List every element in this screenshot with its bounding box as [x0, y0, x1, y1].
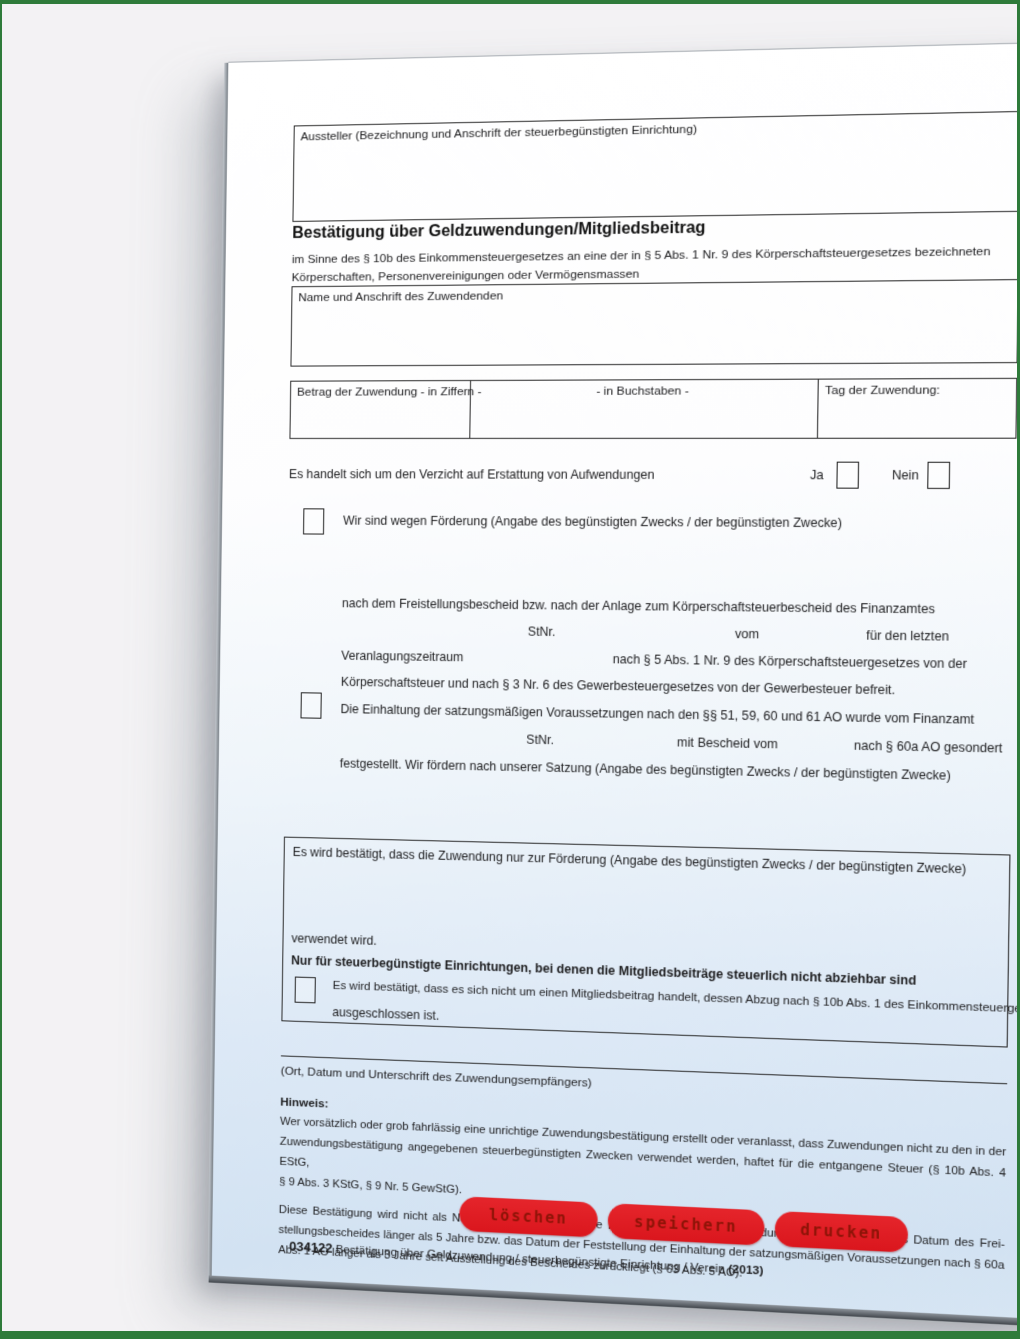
amount-words-cell[interactable]: - in Buchstaben - [470, 379, 819, 439]
background: Aussteller (Bezeichnung und Anschrift de… [2, 4, 1017, 1331]
gesondert-label: nach § 60a AO gesondert [854, 732, 1003, 763]
foerderung-checkbox[interactable] [303, 508, 324, 534]
waiver-yes-checkbox[interactable] [836, 462, 859, 489]
membership-text-line2: ausgeschlossen ist. [332, 1005, 439, 1023]
vom-label: vom [735, 627, 759, 642]
satzung-paragraph: Die Einhaltung der satzungsmäßigen Vorau… [340, 696, 1016, 792]
membership-checkbox[interactable] [295, 977, 316, 1004]
donation-date-label: Tag der Zuwendung: [819, 379, 1017, 401]
amount-words-label: - in Buchstaben - [471, 380, 818, 402]
exemption-paragraph: nach dem Freistellungsbescheid bzw. nach… [341, 596, 1018, 712]
form-page: Aussteller (Bezeichnung und Anschrift de… [212, 41, 1020, 1320]
foerderung-text: Wir sind wegen Förderung (Angabe des beg… [343, 514, 842, 531]
confirmation-line2: verwendet wird. [291, 931, 376, 948]
waiver-yes-label: Ja [810, 468, 824, 483]
form-title: Bestätigung über Geldzuwendungen/Mitglie… [292, 219, 705, 243]
footer-year: (2013) [728, 1262, 763, 1277]
signature-label: (Ort, Datum und Unterschrift des Zuwendu… [281, 1063, 592, 1089]
exemption-line3-right: nach § 5 Abs. 1 Nr. 9 des Körperschaftst… [613, 652, 968, 671]
stnr-label: StNr. [528, 624, 556, 639]
amount-numeric-cell[interactable]: Betrag der Zuwendung - in Ziffern - [289, 380, 471, 439]
bescheid-vom-label: mit Bescheid vom [677, 729, 778, 759]
issuer-field-label: Aussteller (Bezeichnung und Anschrift de… [294, 112, 1020, 147]
confirmation-line1: Es wird bestätigt, dass die Zuwendung nu… [293, 845, 967, 877]
donation-date-cell[interactable]: Tag der Zuwendung: [818, 378, 1017, 439]
satzung-checkbox[interactable] [300, 692, 321, 718]
waiver-no-label: Nein [892, 468, 919, 483]
issuer-field[interactable]: Aussteller (Bezeichnung und Anschrift de… [292, 111, 1020, 222]
form-number: 034122 [289, 1239, 332, 1256]
delete-button[interactable]: löschen [459, 1196, 598, 1237]
waiver-text: Es handelt sich um den Verzicht auf Erst… [289, 467, 655, 482]
donor-field-label: Name und Anschrift des Zuwendenden [292, 280, 1017, 307]
fuer-den-letzten-label: für den letzten [866, 628, 949, 644]
screenshot-frame: Aussteller (Bezeichnung und Anschrift de… [0, 0, 1020, 1339]
waiver-row: Es handelt sich um den Verzicht auf Erst… [289, 461, 1016, 493]
confirmation-box[interactable]: Es wird bestätigt, dass die Zuwendung nu… [281, 837, 1010, 1048]
exemption-line1: nach dem Freistellungsbescheid bzw. nach… [342, 596, 935, 616]
stnr-label: StNr. [526, 726, 554, 754]
donor-field[interactable]: Name und Anschrift des Zuwendenden [290, 279, 1018, 367]
amount-numeric-label: Betrag der Zuwendung - in Ziffern - [291, 381, 470, 402]
waiver-no-checkbox[interactable] [927, 462, 950, 489]
amount-table: Betrag der Zuwendung - in Ziffern - - in… [289, 378, 1017, 439]
veranlagungszeitraum-label: Veranlagungszeitraum [341, 649, 463, 665]
print-button[interactable]: drucken [775, 1211, 908, 1253]
